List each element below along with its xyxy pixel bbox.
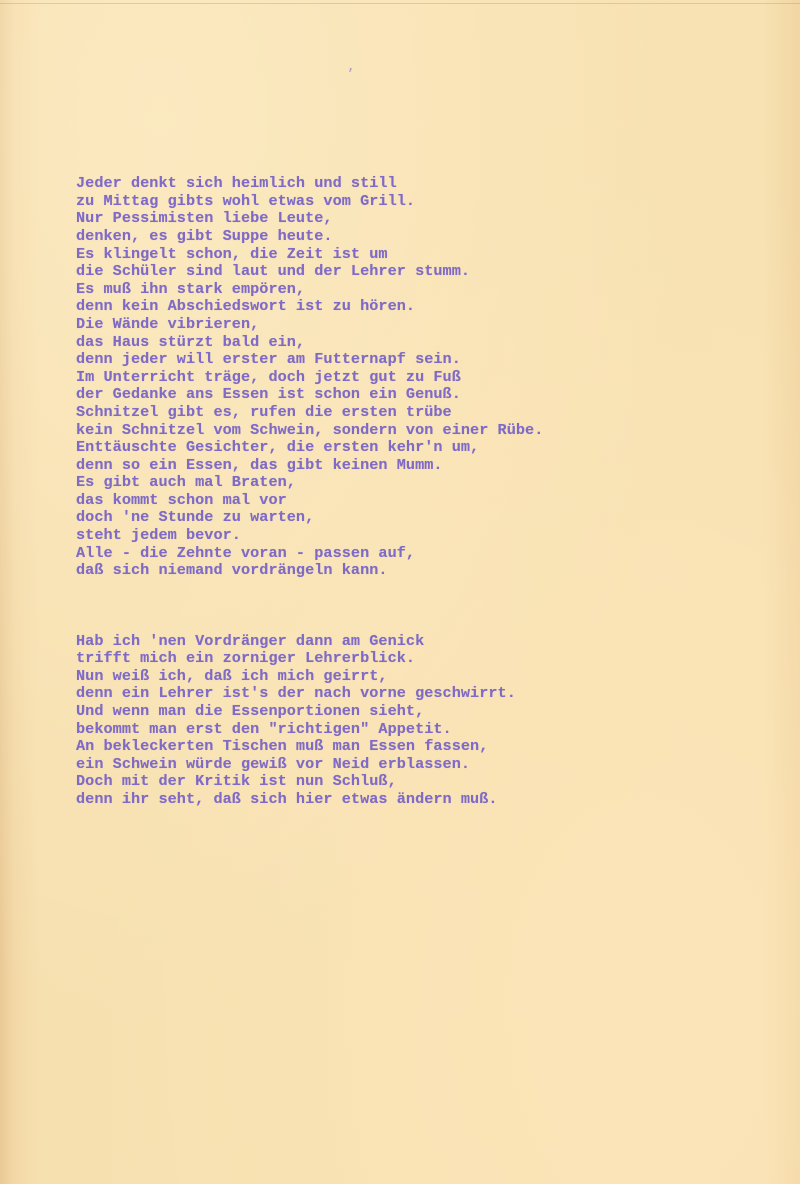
- poem-line: denken, es gibt Suppe heute.: [76, 228, 543, 246]
- poem-line: Doch mit der Kritik ist nun Schluß,: [76, 773, 543, 791]
- poem-line: steht jedem bevor.: [76, 527, 543, 545]
- page-mark: ’: [346, 62, 360, 88]
- poem-line: Hab ich 'nen Vordränger dann am Genick: [76, 633, 543, 651]
- poem-line: trifft mich ein zorniger Lehrerblick.: [76, 650, 543, 668]
- poem-line: Es muß ihn stark empören,: [76, 281, 543, 299]
- poem-line: Die Wände vibrieren,: [76, 316, 543, 334]
- poem-line: Schnitzel gibt es, rufen die ersten trüb…: [76, 404, 543, 422]
- paper-edge-line: [0, 3, 800, 4]
- poem-line: An bekleckerten Tischen muß man Essen fa…: [76, 738, 543, 756]
- poem-line: daß sich niemand vordrängeln kann.: [76, 562, 543, 580]
- poem-line: der Gedanke ans Essen ist schon ein Genu…: [76, 386, 543, 404]
- poem-line: denn so ein Essen, das gibt keinen Mumm.: [76, 457, 543, 475]
- poem-line: Nun weiß ich, daß ich mich geirrt,: [76, 668, 543, 686]
- poem-line: Es gibt auch mal Braten,: [76, 474, 543, 492]
- poem-line: das Haus stürzt bald ein,: [76, 334, 543, 352]
- poem-line: ein Schwein würde gewiß vor Neid erblass…: [76, 756, 543, 774]
- poem-text: Jeder denkt sich heimlich und stillzu Mi…: [76, 140, 543, 844]
- poem-line: denn ein Lehrer ist's der nach vorne ges…: [76, 685, 543, 703]
- poem-line: Enttäuschte Gesichter, die ersten kehr'n…: [76, 439, 543, 457]
- poem-line: das kommt schon mal vor: [76, 492, 543, 510]
- poem-line: kein Schnitzel vom Schwein, sondern von …: [76, 422, 543, 440]
- poem-line: Nur Pessimisten liebe Leute,: [76, 210, 543, 228]
- poem-line: denn jeder will erster am Futternapf sei…: [76, 351, 543, 369]
- poem-line: denn kein Abschiedswort ist zu hören.: [76, 298, 543, 316]
- poem-line: doch 'ne Stunde zu warten,: [76, 509, 543, 527]
- stanza-2: Hab ich 'nen Vordränger dann am Genicktr…: [76, 633, 543, 809]
- poem-line: Im Unterricht träge, doch jetzt gut zu F…: [76, 369, 543, 387]
- poem-line: Jeder denkt sich heimlich und still: [76, 175, 543, 193]
- paper-page: ’ Jeder denkt sich heimlich und stillzu …: [0, 0, 800, 1184]
- poem-line: zu Mittag gibts wohl etwas vom Grill.: [76, 193, 543, 211]
- poem-line: Alle - die Zehnte voran - passen auf,: [76, 545, 543, 563]
- poem-line: bekommt man erst den "richtigen" Appetit…: [76, 721, 543, 739]
- stanza-1: Jeder denkt sich heimlich und stillzu Mi…: [76, 175, 543, 580]
- poem-line: Und wenn man die Essenportionen sieht,: [76, 703, 543, 721]
- poem-line: die Schüler sind laut und der Lehrer stu…: [76, 263, 543, 281]
- poem-line: Es klingelt schon, die Zeit ist um: [76, 246, 543, 264]
- poem-line: denn ihr seht, daß sich hier etwas änder…: [76, 791, 543, 809]
